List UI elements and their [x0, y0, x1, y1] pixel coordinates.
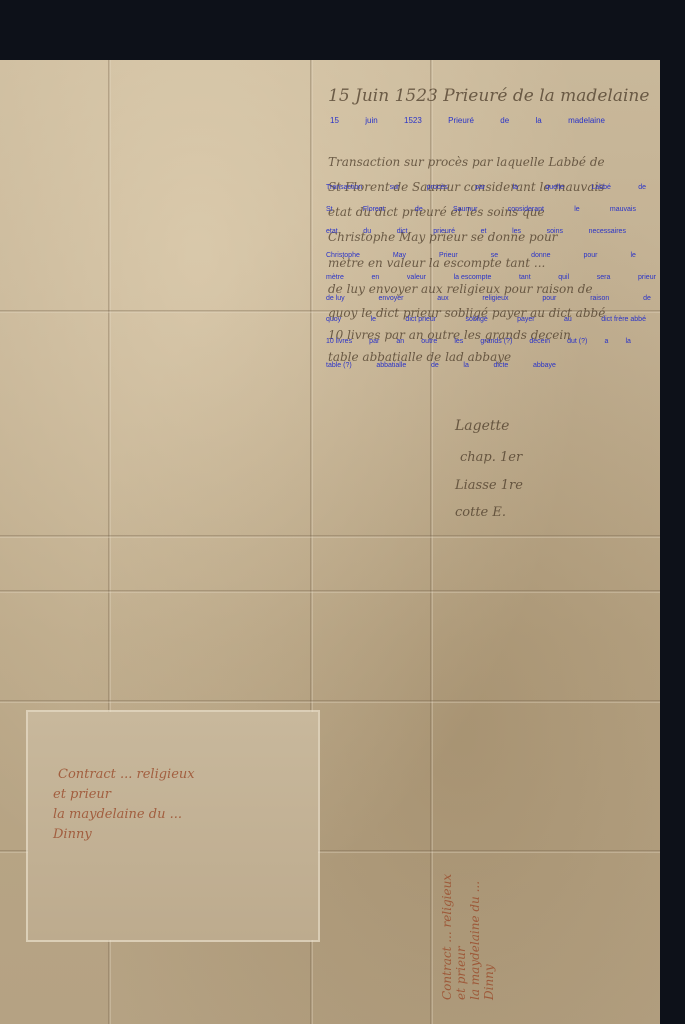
word: St — [326, 206, 333, 213]
word: le — [574, 206, 579, 213]
word: la — [513, 184, 518, 191]
word: Christophe — [326, 252, 360, 259]
transcription-line: de luy envoyer aux religieux pour raison… — [326, 295, 651, 302]
word: madelaine — [568, 116, 605, 125]
fold-line — [0, 590, 660, 593]
word: pour — [542, 295, 556, 302]
word: procès — [427, 184, 448, 191]
rotated-note-line: Contract ... religieux — [440, 874, 454, 1000]
word: sera — [597, 274, 611, 281]
heading-transcription: 15 juin 1523 Prieuré de la madelaine — [330, 116, 605, 125]
word: la — [536, 116, 542, 125]
word: grands (?) — [480, 338, 512, 345]
word: sur — [390, 184, 400, 191]
word: de — [638, 184, 646, 191]
word: payer — [517, 316, 535, 323]
word: Prieuré — [448, 116, 474, 125]
inset-note-line: la maydelaine du ... — [53, 807, 182, 822]
word: table (?) — [326, 362, 352, 369]
word: necessaires — [589, 228, 626, 235]
word: considerant — [508, 206, 544, 213]
word: etat — [326, 228, 338, 235]
fold-line — [0, 535, 660, 538]
transcription-line: mètre en valeur la escompte tant quil se… — [326, 274, 656, 281]
handwritten-heading: 15 Juin 1523 Prieuré de la madelaine — [328, 86, 649, 106]
transcription-line: 10 livres par an outre les grands (?) de… — [326, 338, 631, 345]
word: tant — [519, 274, 531, 281]
word: Saumur — [453, 206, 478, 213]
word: a — [604, 338, 608, 345]
word: abbatialle — [376, 362, 406, 369]
word: dict prieur — [405, 316, 436, 323]
word: donne — [531, 252, 550, 259]
word: de — [643, 295, 651, 302]
signature-line: Liasse 1re — [455, 478, 523, 493]
word: du — [363, 228, 371, 235]
word: les — [454, 338, 463, 345]
word: la — [625, 338, 630, 345]
word: raison — [590, 295, 609, 302]
word: la escompte — [454, 274, 492, 281]
word: par — [475, 184, 485, 191]
word: pour — [584, 252, 598, 259]
word: de luy — [326, 295, 345, 302]
word: outre — [421, 338, 437, 345]
word: valeur — [407, 274, 426, 281]
word: quil — [558, 274, 569, 281]
word: decein — [529, 338, 550, 345]
word: Prieur — [439, 252, 458, 259]
signature-line: Lagette — [455, 418, 509, 434]
word: prieur — [638, 274, 656, 281]
word: dicte — [494, 362, 509, 369]
word: et — [481, 228, 487, 235]
transcription-line: quoy le dict prieur sobligé payer au dic… — [326, 316, 646, 323]
word: 10 livres — [326, 338, 352, 345]
word: quoy — [326, 316, 341, 323]
word: juin — [365, 116, 377, 125]
handwritten-line: de luy envoyer aux religieux pour raison… — [328, 282, 593, 296]
rotated-note-line: la maydelaine du ... — [468, 874, 482, 1000]
word: dut (?) — [567, 338, 587, 345]
word: de — [500, 116, 509, 125]
word: dict frère abbé — [601, 316, 646, 323]
inset-note-line: et prieur — [53, 787, 111, 802]
transcription-line: table (?) abbatialle de la dicte abbaye — [326, 362, 556, 369]
word: religieux — [482, 295, 508, 302]
word: aux — [437, 295, 448, 302]
word: Transaction — [326, 184, 362, 191]
rotated-note: Contract ... religieux et prieur la mayd… — [440, 874, 496, 1000]
word: se — [491, 252, 498, 259]
word: envoyer — [379, 295, 404, 302]
word: abbaye — [533, 362, 556, 369]
word: de — [431, 362, 439, 369]
rotated-note-line: Dinny — [482, 874, 496, 1000]
handwritten-line: Transaction sur procès par laquelle Labb… — [328, 155, 605, 169]
word: Florent — [363, 206, 385, 213]
word: an — [396, 338, 404, 345]
word: soins — [547, 228, 563, 235]
word: prieuré — [433, 228, 455, 235]
word: dict — [397, 228, 408, 235]
word: le — [371, 316, 376, 323]
transcription-line: Christophe May Prieur se donne pour le — [326, 252, 636, 259]
fold-line — [0, 700, 660, 703]
transcription-line: St Florent de Saumur considerant le mauv… — [326, 206, 636, 213]
word: Labbé — [591, 184, 610, 191]
word: mètre — [326, 274, 344, 281]
inset-note-line: Contract ... religieux — [58, 767, 195, 782]
word: le — [630, 252, 635, 259]
word: de — [415, 206, 423, 213]
word: 1523 — [404, 116, 422, 125]
signature-line: cotte E. — [455, 505, 506, 520]
word: sobligé — [466, 316, 488, 323]
word: May — [393, 252, 406, 259]
transcription-line: etat du dict prieuré et les soins necess… — [326, 228, 626, 235]
inset-detail-image: Contract ... religieux et prieur la mayd… — [28, 712, 318, 940]
word: 15 — [330, 116, 339, 125]
word: au — [564, 316, 572, 323]
signature-line: chap. 1er — [460, 450, 522, 465]
word: la — [463, 362, 468, 369]
word: mauvais — [610, 206, 636, 213]
word: en — [372, 274, 380, 281]
word: les — [512, 228, 521, 235]
word: par — [369, 338, 379, 345]
inset-note-line: Dinny — [53, 827, 92, 842]
rotated-note-line: et prieur — [454, 874, 468, 1000]
transcription-line: Transaction sur procès par la quelle Lab… — [326, 184, 646, 191]
word: quelle — [545, 184, 564, 191]
